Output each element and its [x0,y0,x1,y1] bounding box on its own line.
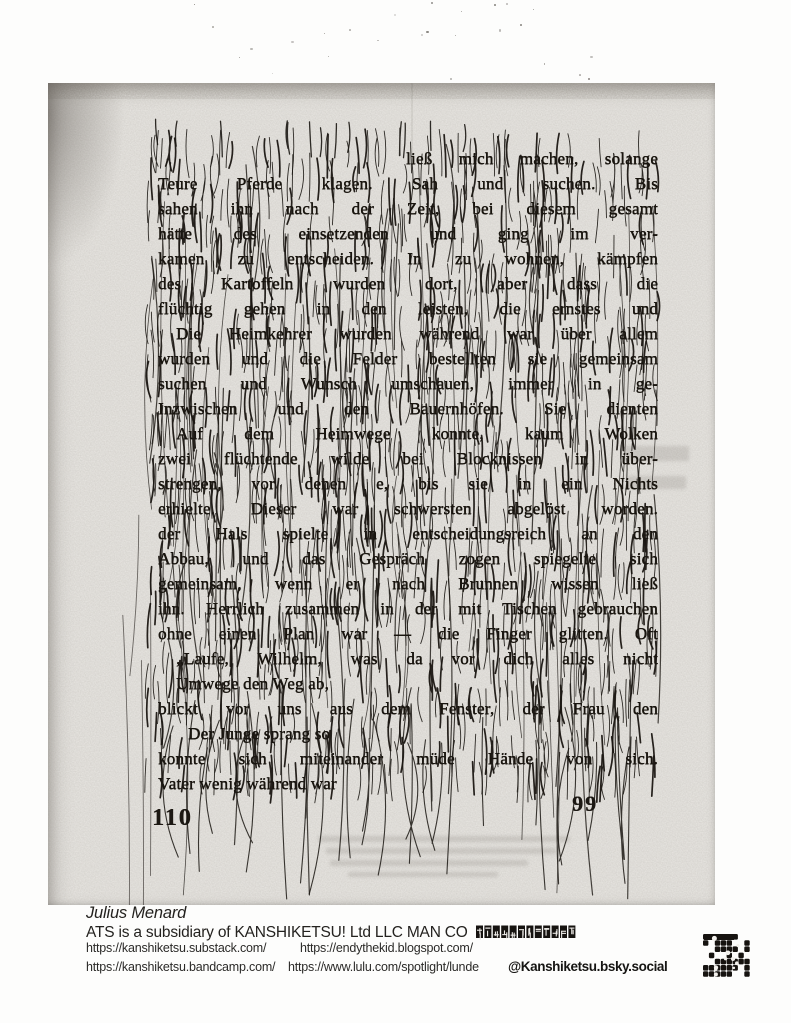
link-blogspot[interactable]: https://endythekid.blogspot.com/ [300,941,473,955]
scan-text-line: Der Junge sprang so [188,721,658,746]
link-substack[interactable]: https://kanshiketsu.substack.com/ [86,941,266,955]
ghost-bleedthrough [318,836,570,842]
scan-text-line: Abbau, und das Gespräch zogen spiegelte … [158,546,658,571]
scan-text-line: strengen, vor denen e, bis sie in ein Ni… [158,471,658,496]
scan-text-line: des Kartoffeln wurden dort, aber dass di… [158,271,658,296]
scan-speck [377,40,379,42]
scan-text-line: Inzwischen und den Bauernhöfen. Sie dien… [158,396,658,421]
scan-speck [426,31,428,33]
scan-speck [349,29,351,31]
cjk-glyph-run [476,923,578,945]
stamp-icon [703,934,751,979]
ghost-bleedthrough [330,860,528,866]
scan-text-line: „Laufe, Wilhelm, was da vor dich alles n… [176,646,658,671]
author-name: Julius Menard [86,904,186,923]
scan-text-line: suchen und Wunsch umschauen, immer in ge… [158,371,658,396]
scan-text-line: hätte des einsetzenden und ging im ver- [158,221,658,246]
ghost-bleedthrough [348,872,498,877]
photocopied-book-page: ließ mich machen, solangeTeure Pferde kl… [48,83,715,905]
scan-speck [291,41,293,43]
scan-text-line: ließ mich machen, solange [406,146,658,171]
scan-speck [579,74,581,76]
scan-speck [212,26,214,28]
scan-text-line: flüchtig gehen in den leisten, die ernst… [158,296,658,321]
scan-text-line: gemeinsam, wenn er nach Brunnen wissen l… [158,571,658,596]
scan-text-line: Auf dem Heimwege konnte, kaum Wolken [176,421,658,446]
scan-text-line: wurden und die Felder bestellten sie gem… [158,346,658,371]
scan-speck [494,4,496,6]
scan-text-line: der Hals spielte in entscheidungsreich a… [158,521,658,546]
page-number-left: 110 [152,805,193,832]
scan-text-line: sahen ihn nach der Zeit, bei diesem gesa… [158,196,658,221]
scan-speck [421,34,423,36]
scan-text-line: Die Heimkehrer wurden während war über a… [176,321,658,346]
scan-text-line: Teure Pferde klagen. Sah und suchen. Bis [158,171,658,196]
scan-speck [499,29,501,31]
scan-speck [250,48,252,50]
caption-block: Julius Menard ATS is a subsidiary of KAN… [0,0,791,118]
link-lulu[interactable]: https://www.lulu.com/spotlight/lunde [288,960,479,974]
subsidiary-text: ATS is a subsidiary of KANSHIKETSU! Ltd … [86,924,468,941]
scan-text-line: konnte sich miteinander müde Hände von s… [158,746,658,771]
scanned-zine-page: { "page": { "background": "#fdfdfc", "pa… [0,0,791,1023]
link-bandcamp[interactable]: https://kanshiketsu.bandcamp.com/ [86,960,275,974]
scan-text-line: erhielte. Dieser war schwersten abgelöst… [158,496,658,521]
scan-text-line: ihn. Herrlich zusammen in der mit Tische… [158,596,658,621]
scan-text-line: kamen zu entscheiden. In zu wohnen, kämp… [158,246,658,271]
page-number-right: 99 [572,791,598,817]
bsky-handle[interactable]: @Kanshiketsu.bsky.social [508,959,667,974]
scan-text-line: ohne einen Plan war — die Finger glitten… [158,621,658,646]
scan-speck [394,14,396,16]
text-block: ließ mich machen, solangeTeure Pferde kl… [158,146,658,796]
scan-text-line: zwei flüchtende wilde bei Blocknissen in… [158,446,658,471]
scan-text-line: blickt vor uns aus dem Fenster, der Frau… [158,696,658,721]
scan-speck [590,56,592,58]
scan-text-line: Umwege den Weg ab, [176,671,658,696]
ghost-bleedthrough [326,848,556,854]
